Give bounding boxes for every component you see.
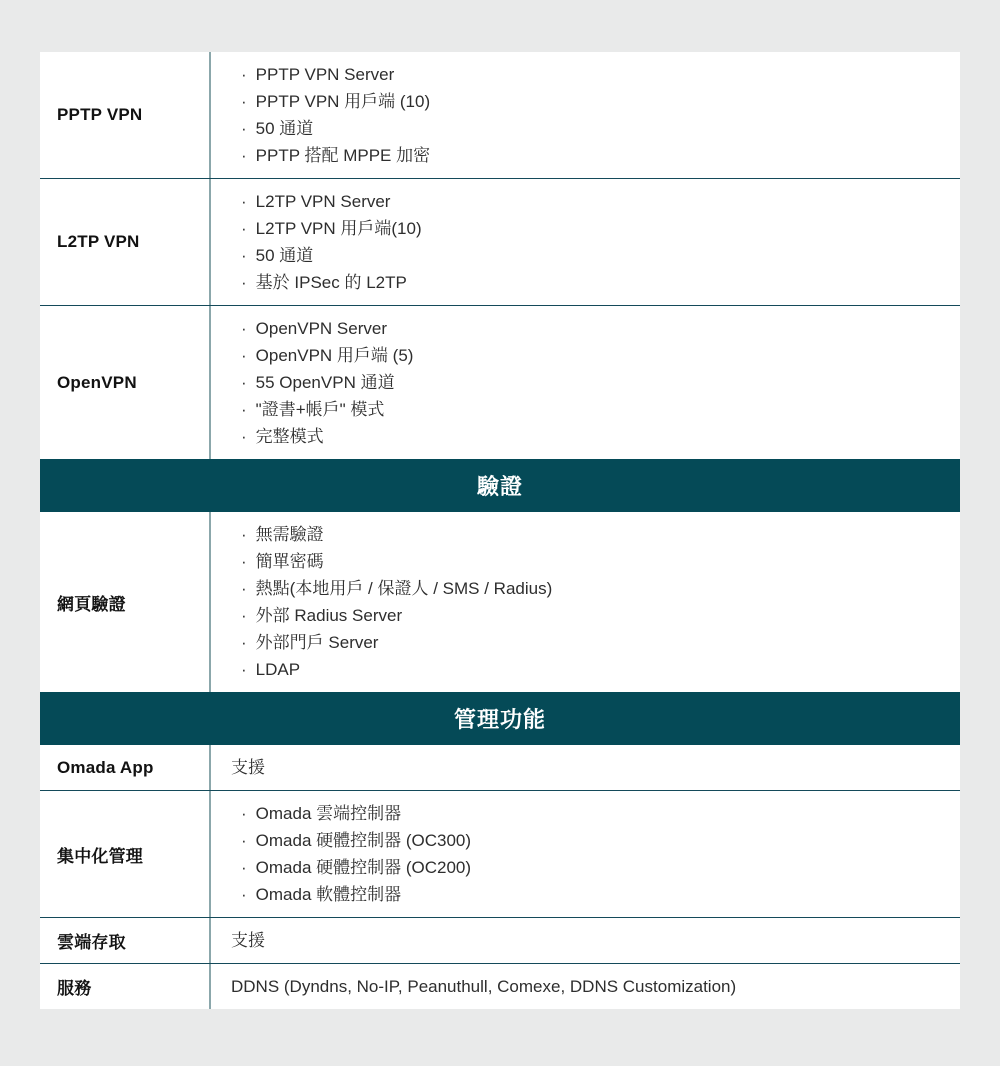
bullet-item: ·OpenVPN 用戶端 (5) [231,342,940,369]
row-label: 集中化管理 [40,791,211,917]
bullet-dot-icon: · [241,369,247,396]
bullet-item: ·Omada 雲端控制器 [231,800,940,827]
table-row: OpenVPN ·OpenVPN Server·OpenVPN 用戶端 (5)·… [40,305,960,459]
bullet-item-text: 基於 IPSec 的 L2TP [256,269,407,296]
row-text: DDNS (Dyndns, No-IP, Peanuthull, Comexe,… [231,973,940,1000]
section-header-band: 驗證 [40,459,960,512]
row-content: ·Omada 雲端控制器·Omada 硬體控制器 (OC300)·Omada 硬… [211,791,960,917]
bullet-dot-icon: · [241,575,247,602]
bullet-item: ·Omada 軟體控制器 [231,881,940,908]
row-label: 雲端存取 [40,918,211,963]
bullet-item: ·L2TP VPN 用戶端(10) [231,215,940,242]
bullet-dot-icon: · [241,423,247,450]
table-row: 網頁驗證 ·無需驗證·簡單密碼·熱點(本地用戶 / 保證人 / SMS / Ra… [40,512,960,692]
bullet-item: ·50 通道 [231,242,940,269]
bullet-item-text: LDAP [256,656,300,683]
bullet-item-text: PPTP VPN Server [256,61,395,88]
bullet-dot-icon: · [241,315,247,342]
row-content: ·L2TP VPN Server·L2TP VPN 用戶端(10)·50 通道·… [211,179,960,305]
bullet-item-text: 熱點(本地用戶 / 保證人 / SMS / Radius) [256,575,553,602]
row-label: PPTP VPN [40,52,211,178]
table-row: PPTP VPN ·PPTP VPN Server·PPTP VPN 用戶端 (… [40,52,960,178]
bullet-dot-icon: · [241,342,247,369]
bullet-item: ·無需驗證 [231,521,940,548]
bullet-item-text: 55 OpenVPN 通道 [256,369,395,396]
bullet-dot-icon: · [241,188,247,215]
spec-table: PPTP VPN ·PPTP VPN Server·PPTP VPN 用戶端 (… [40,52,960,1009]
bullet-dot-icon: · [241,61,247,88]
table-row: 服務 DDNS (Dyndns, No-IP, Peanuthull, Come… [40,963,960,1009]
bullet-item: ·50 通道 [231,115,940,142]
table-row: 集中化管理 ·Omada 雲端控制器·Omada 硬體控制器 (OC300)·O… [40,790,960,917]
bullet-dot-icon: · [241,242,247,269]
table-row: L2TP VPN ·L2TP VPN Server·L2TP VPN 用戶端(1… [40,178,960,305]
bullet-item: ·PPTP 搭配 MPPE 加密 [231,142,940,169]
bullet-item-text: Omada 軟體控制器 [256,881,401,908]
bullet-dot-icon: · [241,827,247,854]
bullet-dot-icon: · [241,396,247,423]
bullet-dot-icon: · [241,269,247,296]
bullet-item-text: "證書+帳戶" 模式 [256,396,385,423]
bullet-dot-icon: · [241,115,247,142]
row-label: OpenVPN [40,306,211,459]
row-label: Omada App [40,745,211,790]
bullet-dot-icon: · [241,629,247,656]
row-label: L2TP VPN [40,179,211,305]
bullet-dot-icon: · [241,548,247,575]
bullet-item: ·PPTP VPN Server [231,61,940,88]
bullet-dot-icon: · [241,656,247,683]
bullet-item-text: 外部門戶 Server [256,629,379,656]
bullet-item: ·LDAP [231,656,940,683]
bullet-item: ·PPTP VPN 用戶端 (10) [231,88,940,115]
bullet-item: ·Omada 硬體控制器 (OC300) [231,827,940,854]
bullet-item: ·簡單密碼 [231,548,940,575]
bullet-dot-icon: · [241,88,247,115]
bullet-item-text: 外部 Radius Server [256,602,402,629]
bullet-item-text: L2TP VPN 用戶端(10) [256,215,422,242]
bullet-item-text: PPTP 搭配 MPPE 加密 [256,142,430,169]
bullet-item: ·熱點(本地用戶 / 保證人 / SMS / Radius) [231,575,940,602]
bullet-item: ·"證書+帳戶" 模式 [231,396,940,423]
bullet-item: ·外部 Radius Server [231,602,940,629]
bullet-item-text: L2TP VPN Server [256,188,391,215]
row-content: DDNS (Dyndns, No-IP, Peanuthull, Comexe,… [211,964,960,1009]
bullet-dot-icon: · [241,881,247,908]
bullet-item-text: 無需驗證 [256,521,324,548]
row-text: 支援 [231,927,940,954]
bullet-dot-icon: · [241,521,247,548]
bullet-item-text: 50 通道 [256,242,314,269]
bullet-item-text: 50 通道 [256,115,314,142]
bullet-item: ·外部門戶 Server [231,629,940,656]
bullet-item: ·OpenVPN Server [231,315,940,342]
bullet-item-text: 簡單密碼 [256,548,324,575]
bullet-item: ·Omada 硬體控制器 (OC200) [231,854,940,881]
bullet-item-text: Omada 雲端控制器 [256,800,401,827]
bullet-item: ·完整模式 [231,423,940,450]
bullet-dot-icon: · [241,800,247,827]
row-label: 服務 [40,964,211,1009]
row-label: 網頁驗證 [40,512,211,692]
row-content: ·無需驗證·簡單密碼·熱點(本地用戶 / 保證人 / SMS / Radius)… [211,512,960,692]
bullet-item: ·基於 IPSec 的 L2TP [231,269,940,296]
bullet-dot-icon: · [241,215,247,242]
bullet-dot-icon: · [241,602,247,629]
bullet-item: ·L2TP VPN Server [231,188,940,215]
bullet-item-text: OpenVPN Server [256,315,387,342]
row-content: 支援 [211,745,960,790]
bullet-item-text: 完整模式 [256,423,324,450]
table-row: Omada App 支援 [40,745,960,790]
bullet-dot-icon: · [241,142,247,169]
row-content: 支援 [211,918,960,963]
row-text: 支援 [231,754,940,781]
bullet-item: ·55 OpenVPN 通道 [231,369,940,396]
bullet-dot-icon: · [241,854,247,881]
row-content: ·OpenVPN Server·OpenVPN 用戶端 (5)·55 OpenV… [211,306,960,459]
row-content: ·PPTP VPN Server·PPTP VPN 用戶端 (10)·50 通道… [211,52,960,178]
table-row: 雲端存取 支援 [40,917,960,963]
bullet-item-text: Omada 硬體控制器 (OC300) [256,827,471,854]
bullet-item-text: PPTP VPN 用戶端 (10) [256,88,430,115]
bullet-item-text: OpenVPN 用戶端 (5) [256,342,414,369]
bullet-item-text: Omada 硬體控制器 (OC200) [256,854,471,881]
section-header-band: 管理功能 [40,692,960,745]
